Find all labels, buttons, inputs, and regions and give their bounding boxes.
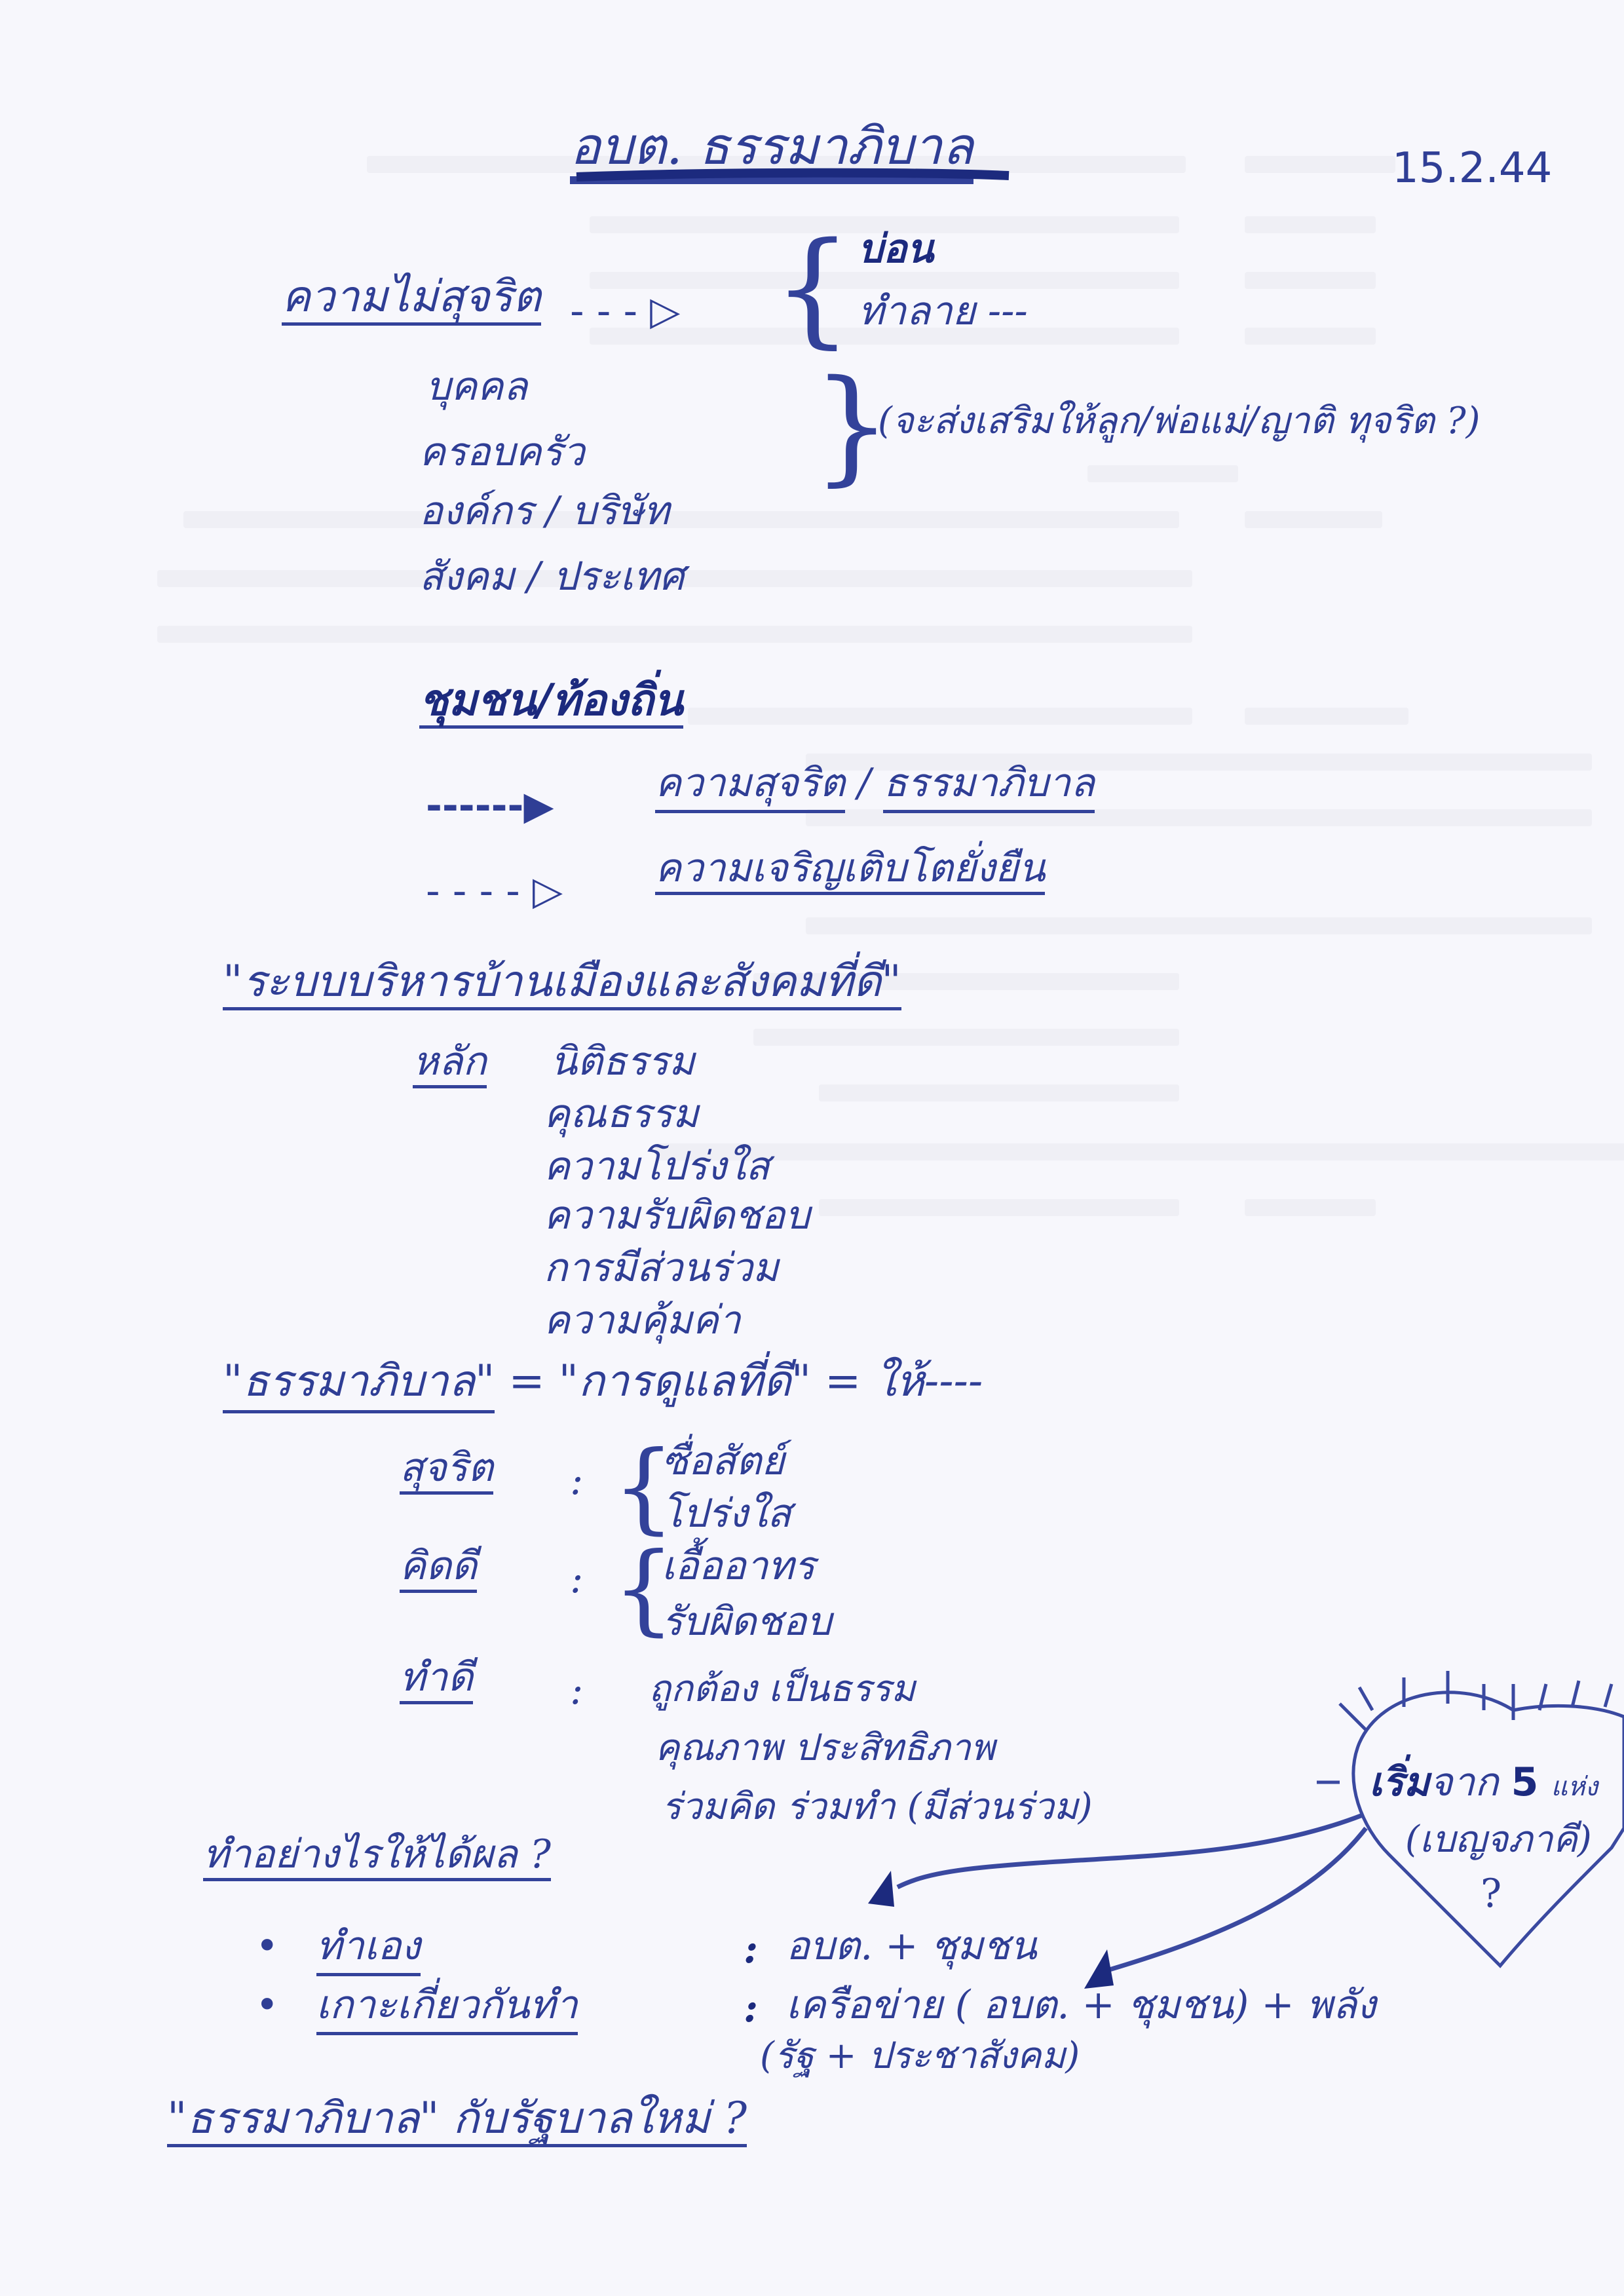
heart-rays bbox=[1317, 1671, 1612, 1782]
arrow-head bbox=[1084, 1949, 1114, 1989]
title-underline-scribble bbox=[576, 173, 1009, 177]
sketch-overlay bbox=[0, 0, 1624, 2296]
arrow-to-self bbox=[897, 1815, 1363, 1887]
arrow-head bbox=[868, 1871, 894, 1907]
arrow-to-network bbox=[1101, 1828, 1366, 1972]
heart-shape bbox=[1353, 1693, 1624, 1966]
